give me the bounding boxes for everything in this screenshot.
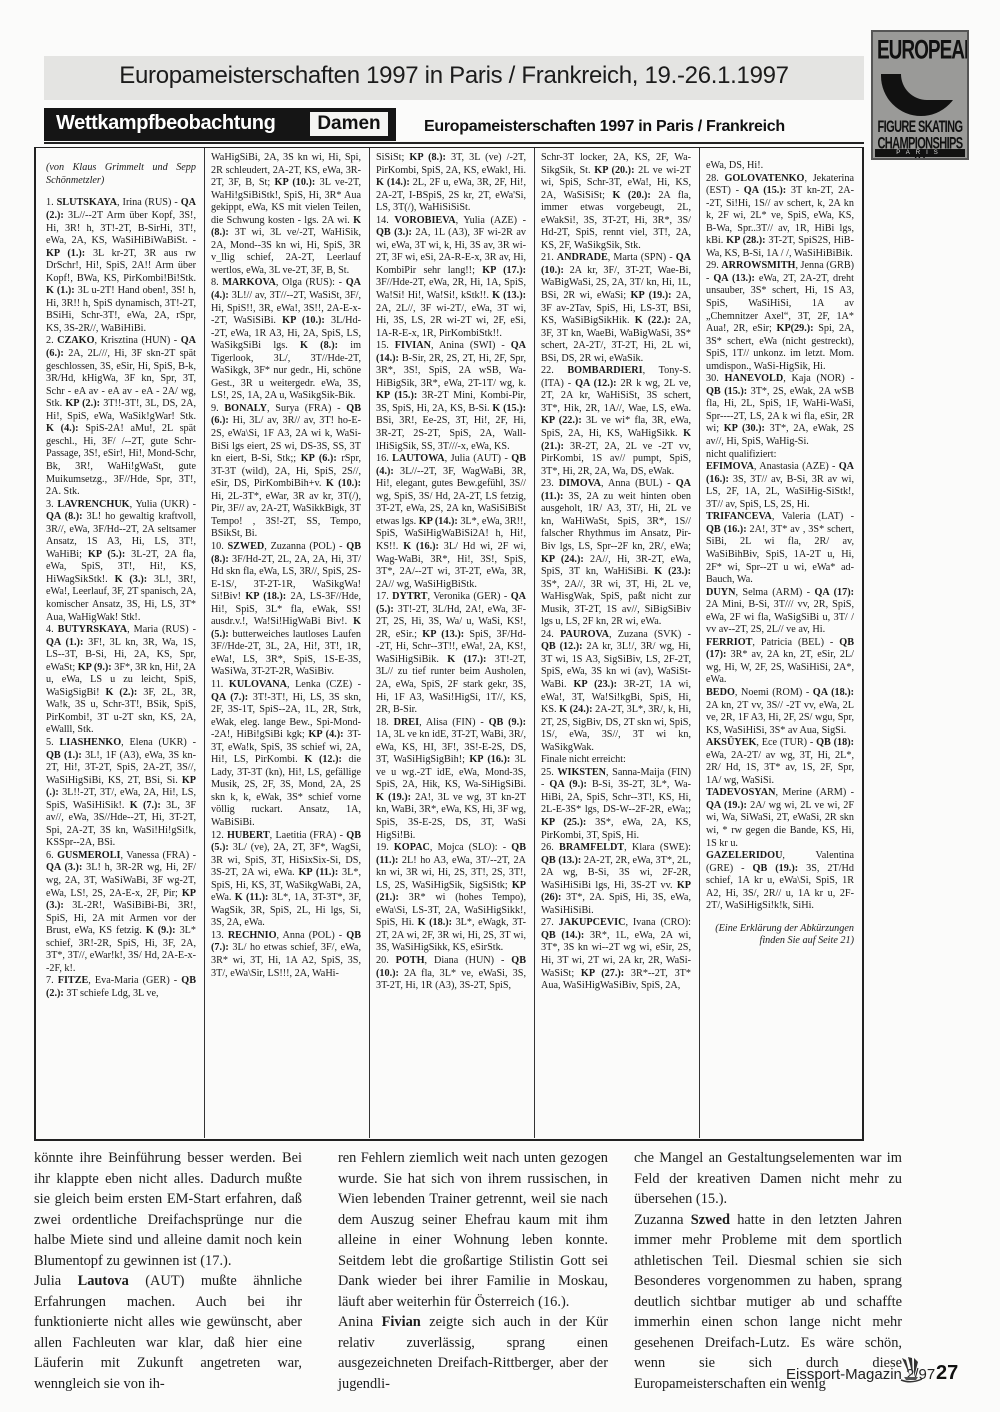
skater-entry: 6. GUSMEROLI, Vanessa (FRA) - QA (3.): 3… <box>46 850 196 975</box>
segment-label: KP (15.): <box>376 390 417 401</box>
segment-label: K (22.): <box>635 315 671 326</box>
skater-entry: eWa, DS, Hi!. <box>706 160 854 173</box>
skater-name: LIASHENKO <box>59 737 121 748</box>
segment-label: K (14.): <box>376 177 410 188</box>
column-divider <box>369 148 370 1138</box>
skater-entry: nicht qualifiziert: <box>706 449 854 462</box>
segment-label: QA (17): <box>815 587 855 598</box>
segment-label: KP (4.): <box>308 729 343 740</box>
entry-list: WaHigSiBi, 2A, 3S kn wi, Hi, Spi, 2R sch… <box>211 152 361 980</box>
segment-label: K (17.): <box>447 654 486 665</box>
skater-entry: Finale nicht erreicht: <box>541 754 691 767</box>
skater-entry: 11. KULOVANA, Lenka (CZE) - QA (7.): 3T!… <box>211 679 361 830</box>
byline: (von Klaus Grimmelt und Sepp Schönmetzle… <box>46 162 196 187</box>
skater-entry: 27. JAKUPCEVIC, Ivana (CRO): QB (14.): 3… <box>541 917 691 992</box>
entry-list: eWa, DS, Hi!.28. GOLOVATENKO, Jekaterina… <box>706 160 854 913</box>
segment-label: KP (23.): <box>574 679 618 690</box>
skater-name: SZWED <box>227 541 264 552</box>
article-paragraph: che Mangel an Gestaltungselementen war i… <box>634 1148 902 1210</box>
skater-entry: TRIFANCEVA, Valeria (LAT) - QB (16.): 2A… <box>706 511 854 586</box>
segment-label: QA (7.): <box>211 692 248 703</box>
skater-name: FIVIAN <box>395 340 431 351</box>
segment-label: K (1.): <box>46 285 75 296</box>
segment-label: QB (12.): <box>541 641 583 652</box>
column-divider <box>534 148 535 1138</box>
segment-label: K (10.): <box>326 478 361 489</box>
skater-entry: 19. KOPAC, Mojca (SLO): - QB (11.): 2L! … <box>376 842 526 955</box>
page-number: 27 <box>936 1362 958 1385</box>
skater-name: HUBERT <box>227 830 270 841</box>
column-divider <box>699 148 700 1138</box>
segment-label: QB (9.): <box>489 717 526 728</box>
skater-entry: 8. MARKOVA, Olga (RUS): - QA (4.): 3L!//… <box>211 277 361 402</box>
skater-name: VOROBIEVA <box>394 215 455 226</box>
segment-label: KP (26): <box>541 880 691 904</box>
article-paragraph: ren Fehlern ziemlich weit nach unten gez… <box>338 1148 608 1312</box>
skater-name: DREI <box>394 717 419 728</box>
skater-entry: FERRIOT, Patricia (BEL) - QB (17): 3R* a… <box>706 637 854 687</box>
skater-name: SLUTSKAYA <box>57 197 117 208</box>
skater-name: GUSMEROLI <box>57 850 120 861</box>
segment-label: K (2.): <box>106 687 138 698</box>
skater-entry: 3. LAVRENCHUK, Yulia (UKR) - QA (8.): 3L… <box>46 499 196 624</box>
skater-name: BRAMFELDT <box>559 842 624 853</box>
skater-name: POTH <box>396 955 425 966</box>
skater-entry: 2. CZAKO, Krisztina (HUN) - QA (6.): 2A,… <box>46 335 196 498</box>
skater-name: BEDO <box>706 687 735 698</box>
segment-label: K (21.): <box>541 428 691 452</box>
column-divider <box>204 148 205 1138</box>
article-column-2: ren Fehlern ziemlich weit nach unten gez… <box>338 1148 608 1394</box>
entry-list: Schr-3T locker, 2A, KS, 2F, Wa-SikgSik, … <box>541 152 691 993</box>
segment-label: K (12.): <box>304 754 342 765</box>
skater-entry: 29. ARROWSMITH, Jenna (GRB) - QA (13.): … <box>706 260 854 373</box>
skater-name: DIMOVA <box>559 478 601 489</box>
skater-name: EFIMOVA <box>706 461 754 472</box>
skater-surname: Szwed <box>691 1212 730 1228</box>
segment-label: K (3.): <box>115 574 148 585</box>
skater-entry: 4. BUTYRSKAYA, Maria (RUS) - QA (1.): 3F… <box>46 624 196 737</box>
segment-label: KP (27.): <box>581 968 624 979</box>
skater-entry: 13. RECHNIO, Anna (POL) - QB (7.): 3L/ h… <box>211 930 361 980</box>
segment-label: K (4.): <box>46 423 79 434</box>
skater-entry: BEDO, Noemi (ROM) - QA (18.): 2A kn, 2T … <box>706 687 854 737</box>
segment-label: KP (9.): <box>78 662 112 673</box>
skater-entry: 5. LIASHENKO, Elena (UKR) - QB (1.): 3L!… <box>46 737 196 850</box>
skater-name: HANEVOLD <box>725 373 784 384</box>
european-championships-logo: EUROPEAN FIGURE SKATING CHAMPIONSHIPS 97… <box>871 30 969 160</box>
skater-name: PAUROVA <box>560 629 609 640</box>
segment-label: QA (3.): <box>46 862 82 873</box>
segment-label: K (7.): <box>130 800 161 811</box>
segment-label: K (20.): <box>612 190 650 201</box>
skater-entry: Schr-3T locker, 2A, KS, 2F, Wa-SikgSik, … <box>541 152 691 252</box>
segment-label: KP (21.): <box>376 880 526 904</box>
skater-entry: 12. HUBERT, Laetitia (FRA) - QB (5.): 3L… <box>211 830 361 930</box>
skater-name: TRIFANCEVA <box>706 511 772 522</box>
segment-label: KP (19.): <box>631 290 672 301</box>
segment-label: QA (19.): <box>706 800 747 811</box>
abbreviation-footnote: (Eine Erklärung der Abkürzungen finden S… <box>706 923 854 948</box>
segment-label: KP (22.): <box>541 415 582 426</box>
segment-label: KP (17.): <box>482 265 526 276</box>
segment-label: K (9.): <box>146 925 176 936</box>
results-box: (von Klaus Grimmelt und Sepp Schönmetzle… <box>34 147 864 1141</box>
segment-label: QB (19.): <box>753 863 799 874</box>
skater-name: BOMBARDIERI <box>567 365 642 376</box>
segment-label: K (8.): <box>300 340 338 351</box>
segment-label: K (23.): <box>654 566 691 577</box>
segment-label: KP(29.): <box>777 323 814 334</box>
page-title: Europameisterschaften 1997 in Paris / Fr… <box>44 62 864 90</box>
segment-label: K (24.): <box>559 704 592 715</box>
logo-line1: EUROPEAN <box>877 36 963 67</box>
segment-label: QA (13.): <box>713 273 755 284</box>
segment-label: KP (1.): <box>46 248 85 259</box>
segment-label: KP (28.): <box>726 235 765 246</box>
skater-entry: 21. ANDRADE, Marta (SPN) - QA (10.): 2A … <box>541 252 691 365</box>
segment-label: K (19.): <box>376 792 411 803</box>
segment-label: KP (6.): <box>301 453 337 464</box>
skater-name: FERRIOT <box>706 637 752 648</box>
segment-label: KP (5.): <box>88 549 125 560</box>
skater-name: ARROWSMITH <box>721 260 795 271</box>
segment-label: KP (8.): <box>409 152 445 163</box>
segment-label: K (5.): <box>211 616 361 640</box>
skater-name: FITZE <box>58 975 89 986</box>
segment-label: KP (14.): <box>419 516 458 527</box>
segment-label: QB (15.): <box>706 386 747 397</box>
skater-entry: 20. POTH, Diana (HUN) - QB (10.): 2A fla… <box>376 955 526 993</box>
skater-name: KULOVANA <box>229 679 287 690</box>
results-column-5: eWa, DS, Hi!.28. GOLOVATENKO, Jekaterina… <box>706 160 854 958</box>
segment-label: K (18.): <box>418 917 452 928</box>
skater-entry: 25. WIKSTEN, Sanna-Maija (FIN) - QA (9.)… <box>541 767 691 842</box>
results-column-1: (von Klaus Grimmelt und Sepp Schönmetzle… <box>46 152 196 1000</box>
skater-entry: 26. BRAMFELDT, Klara (SWE): QB (13.): 2A… <box>541 842 691 917</box>
skater-surname: Fivian <box>382 1314 421 1330</box>
skater-entry: 7. FITZE, Eva-Maria (GER) - QB (2.): 3T … <box>46 975 196 1000</box>
skater-entry: 17. DYTRT, Veronika (GER) - QA (5.): 3T!… <box>376 591 526 716</box>
segment-label: KP (16.): <box>469 754 510 765</box>
skater-entry: 24. PAUROVA, Zuzana (SVK) - QB (12.): 2A… <box>541 629 691 754</box>
segment-label: QA (1.): <box>46 637 83 648</box>
skater-name: RECHNIO <box>228 930 277 941</box>
segment-label: K (16.): <box>403 541 439 552</box>
article-column-1: könnte ihre Beinführung besser werden. B… <box>34 1148 302 1394</box>
segment-label: QA (18.): <box>813 687 854 698</box>
skater-name: CZAKO <box>57 335 94 346</box>
segment-label: KP (30.): <box>724 423 765 434</box>
skater-entry: SiSiSt; KP (8.): 3T, 3L (ve) /-2T, PirKo… <box>376 152 526 215</box>
skater-entry: 28. GOLOVATENKO, Jekaterina (EST) - QA (… <box>706 173 854 261</box>
skater-name: GAZELERIDOU <box>706 850 782 861</box>
skater-entry: WaHigSiBi, 2A, 3S kn wi, Hi, Spi, 2R sch… <box>211 152 361 277</box>
segment-label: K (15.): <box>492 403 526 414</box>
skater-name: LAUTOWA <box>392 453 444 464</box>
skater-entry: 15. FIVIAN, Anina (SWI) - QA (14.): B-Si… <box>376 340 526 453</box>
skater-entry: TADEVOSYAN, Merine (ARM) - QA (19.): 2A/… <box>706 787 854 850</box>
skater-entry: 9. BONALY, Surya (FRA) - QB (6.): Hi, 3L… <box>211 403 361 541</box>
segment-label: KP (24.): <box>541 554 584 565</box>
segment-label: KP (.): <box>46 775 196 799</box>
segment-label: QA (9.): <box>549 779 587 790</box>
results-column-2: WaHigSiBi, 2A, 3S kn wi, Hi, Spi, 2R sch… <box>211 152 361 980</box>
segment-label: QB (13.): <box>541 855 581 866</box>
article-paragraph: Anina Fivian zeigte sich auch in der Kür… <box>338 1312 608 1394</box>
section-label: Wettkampfbeobachtung <box>56 112 275 135</box>
skater-surname: Lautova <box>78 1273 129 1289</box>
skater-entry: 22. BOMBARDIERI, Tony-S. (ITA) - QA (12.… <box>541 365 691 478</box>
article-column-3: che Mangel an Gestaltungselementen war i… <box>634 1148 902 1394</box>
segment-label: KP (10.): <box>275 177 316 188</box>
skater-name: GOLOVATENKO <box>724 173 804 184</box>
skater-entry: DUYN, Selma (ARM) - QA (17): 2A Mini, B-… <box>706 587 854 637</box>
segment-label: KP (3.): <box>46 888 196 912</box>
skater-entry: 1. SLUTSKAYA, Irina (RUS) - QA (2.): 3L/… <box>46 197 196 335</box>
skater-entry: 18. DREI, Alisa (FIN) - QB (9.): 1A, 3L … <box>376 717 526 842</box>
segment-label: QA (15.): <box>744 185 786 196</box>
skater-name: BONALY <box>224 403 267 414</box>
skater-entry: 10. SZWED, Zuzanna (POL) - QB (8.): 3F/H… <box>211 541 361 679</box>
segment-label: QA (8.): <box>46 511 83 522</box>
results-column-3: SiSiSt; KP (8.): 3T, 3L (ve) /-2T, PirKo… <box>376 152 526 993</box>
article-paragraph: Julia Lautova (AUT) mußte ähnliche Erfah… <box>34 1271 302 1394</box>
segment-label: KP (11.): <box>298 867 338 878</box>
skater-name: WIKSTEN <box>557 767 606 778</box>
segment-label: K (13.): <box>492 290 526 301</box>
segment-label: KP (20.): <box>594 165 634 176</box>
skater-name: MARKOVA <box>222 277 276 288</box>
skater-entry: 30. HANEVOLD, Kaja (NOR) - QB (15.): 3T*… <box>706 373 854 448</box>
skater-entry: 23. DIMOVA, Anna (BUL) - QA (11.): 3S, 2… <box>541 478 691 629</box>
skater-entry: 14. VOROBIEVA, Yulia (AZE) - QB (3.): 2A… <box>376 215 526 340</box>
segment-label: KP (2.): <box>65 398 100 409</box>
segment-label: K (11.): <box>235 892 269 903</box>
skater-name: TADEVOSYAN <box>706 787 775 798</box>
skater-name: KOPAC <box>394 842 430 853</box>
logo-line3: PARIS <box>875 149 965 157</box>
segment-label: QA (12.): <box>575 378 617 389</box>
segment-label: QB (3.): <box>376 227 412 238</box>
article-paragraph: könnte ihre Beinführung besser werden. B… <box>34 1148 302 1271</box>
segment-label: KP (10.): <box>282 315 325 326</box>
segment-label: K (8.): <box>211 215 361 239</box>
segment-label: KP (25.): <box>541 817 586 828</box>
skater-entry: 16. LAUTOWA, Julia (AUT) - QB (4.): 3L//… <box>376 453 526 591</box>
results-column-4: Schr-3T locker, 2A, KS, 2F, Wa-SikgSik, … <box>541 152 691 993</box>
skater-name: LAVRENCHUK <box>57 499 129 510</box>
entry-list: 1. SLUTSKAYA, Irina (RUS) - QA (2.): 3L/… <box>46 197 196 1000</box>
skater-name: BUTYRSKAYA <box>58 624 127 635</box>
skater-name: ANDRADE <box>557 252 608 263</box>
skater-entry: GAZELERIDOU, Valentina (GRE) - QB (19.):… <box>706 850 854 913</box>
category-badge: Damen <box>310 112 388 136</box>
skater-name: DUYN <box>706 587 735 598</box>
segment-label: QB (18): <box>816 737 854 748</box>
segment-label: QB (1.): <box>46 750 82 761</box>
skater-entry: EFIMOVA, Anastasia (AZE) - QA (16.): 3S,… <box>706 461 854 511</box>
skater-logo-icon <box>898 1356 924 1386</box>
skater-name: AKSÜYEK <box>706 737 756 748</box>
segment-label: QB (16.): <box>706 524 747 535</box>
skater-name: DYTRT <box>392 591 427 602</box>
segment-label: KP (18.): <box>245 591 286 602</box>
segment-label: KP (13.): <box>422 629 464 640</box>
section-subtitle: Europameisterschaften 1997 in Paris / Fr… <box>424 118 785 136</box>
entry-list: SiSiSt; KP (8.): 3T, 3L (ve) /-2T, PirKo… <box>376 152 526 993</box>
segment-label: QB (14.): <box>541 930 584 941</box>
skater-name: JAKUPCEVIC <box>559 917 626 928</box>
skater-entry: AKSÜYEK, Ece (TUR) - QB (18): eWa, 2A-2T… <box>706 737 854 787</box>
